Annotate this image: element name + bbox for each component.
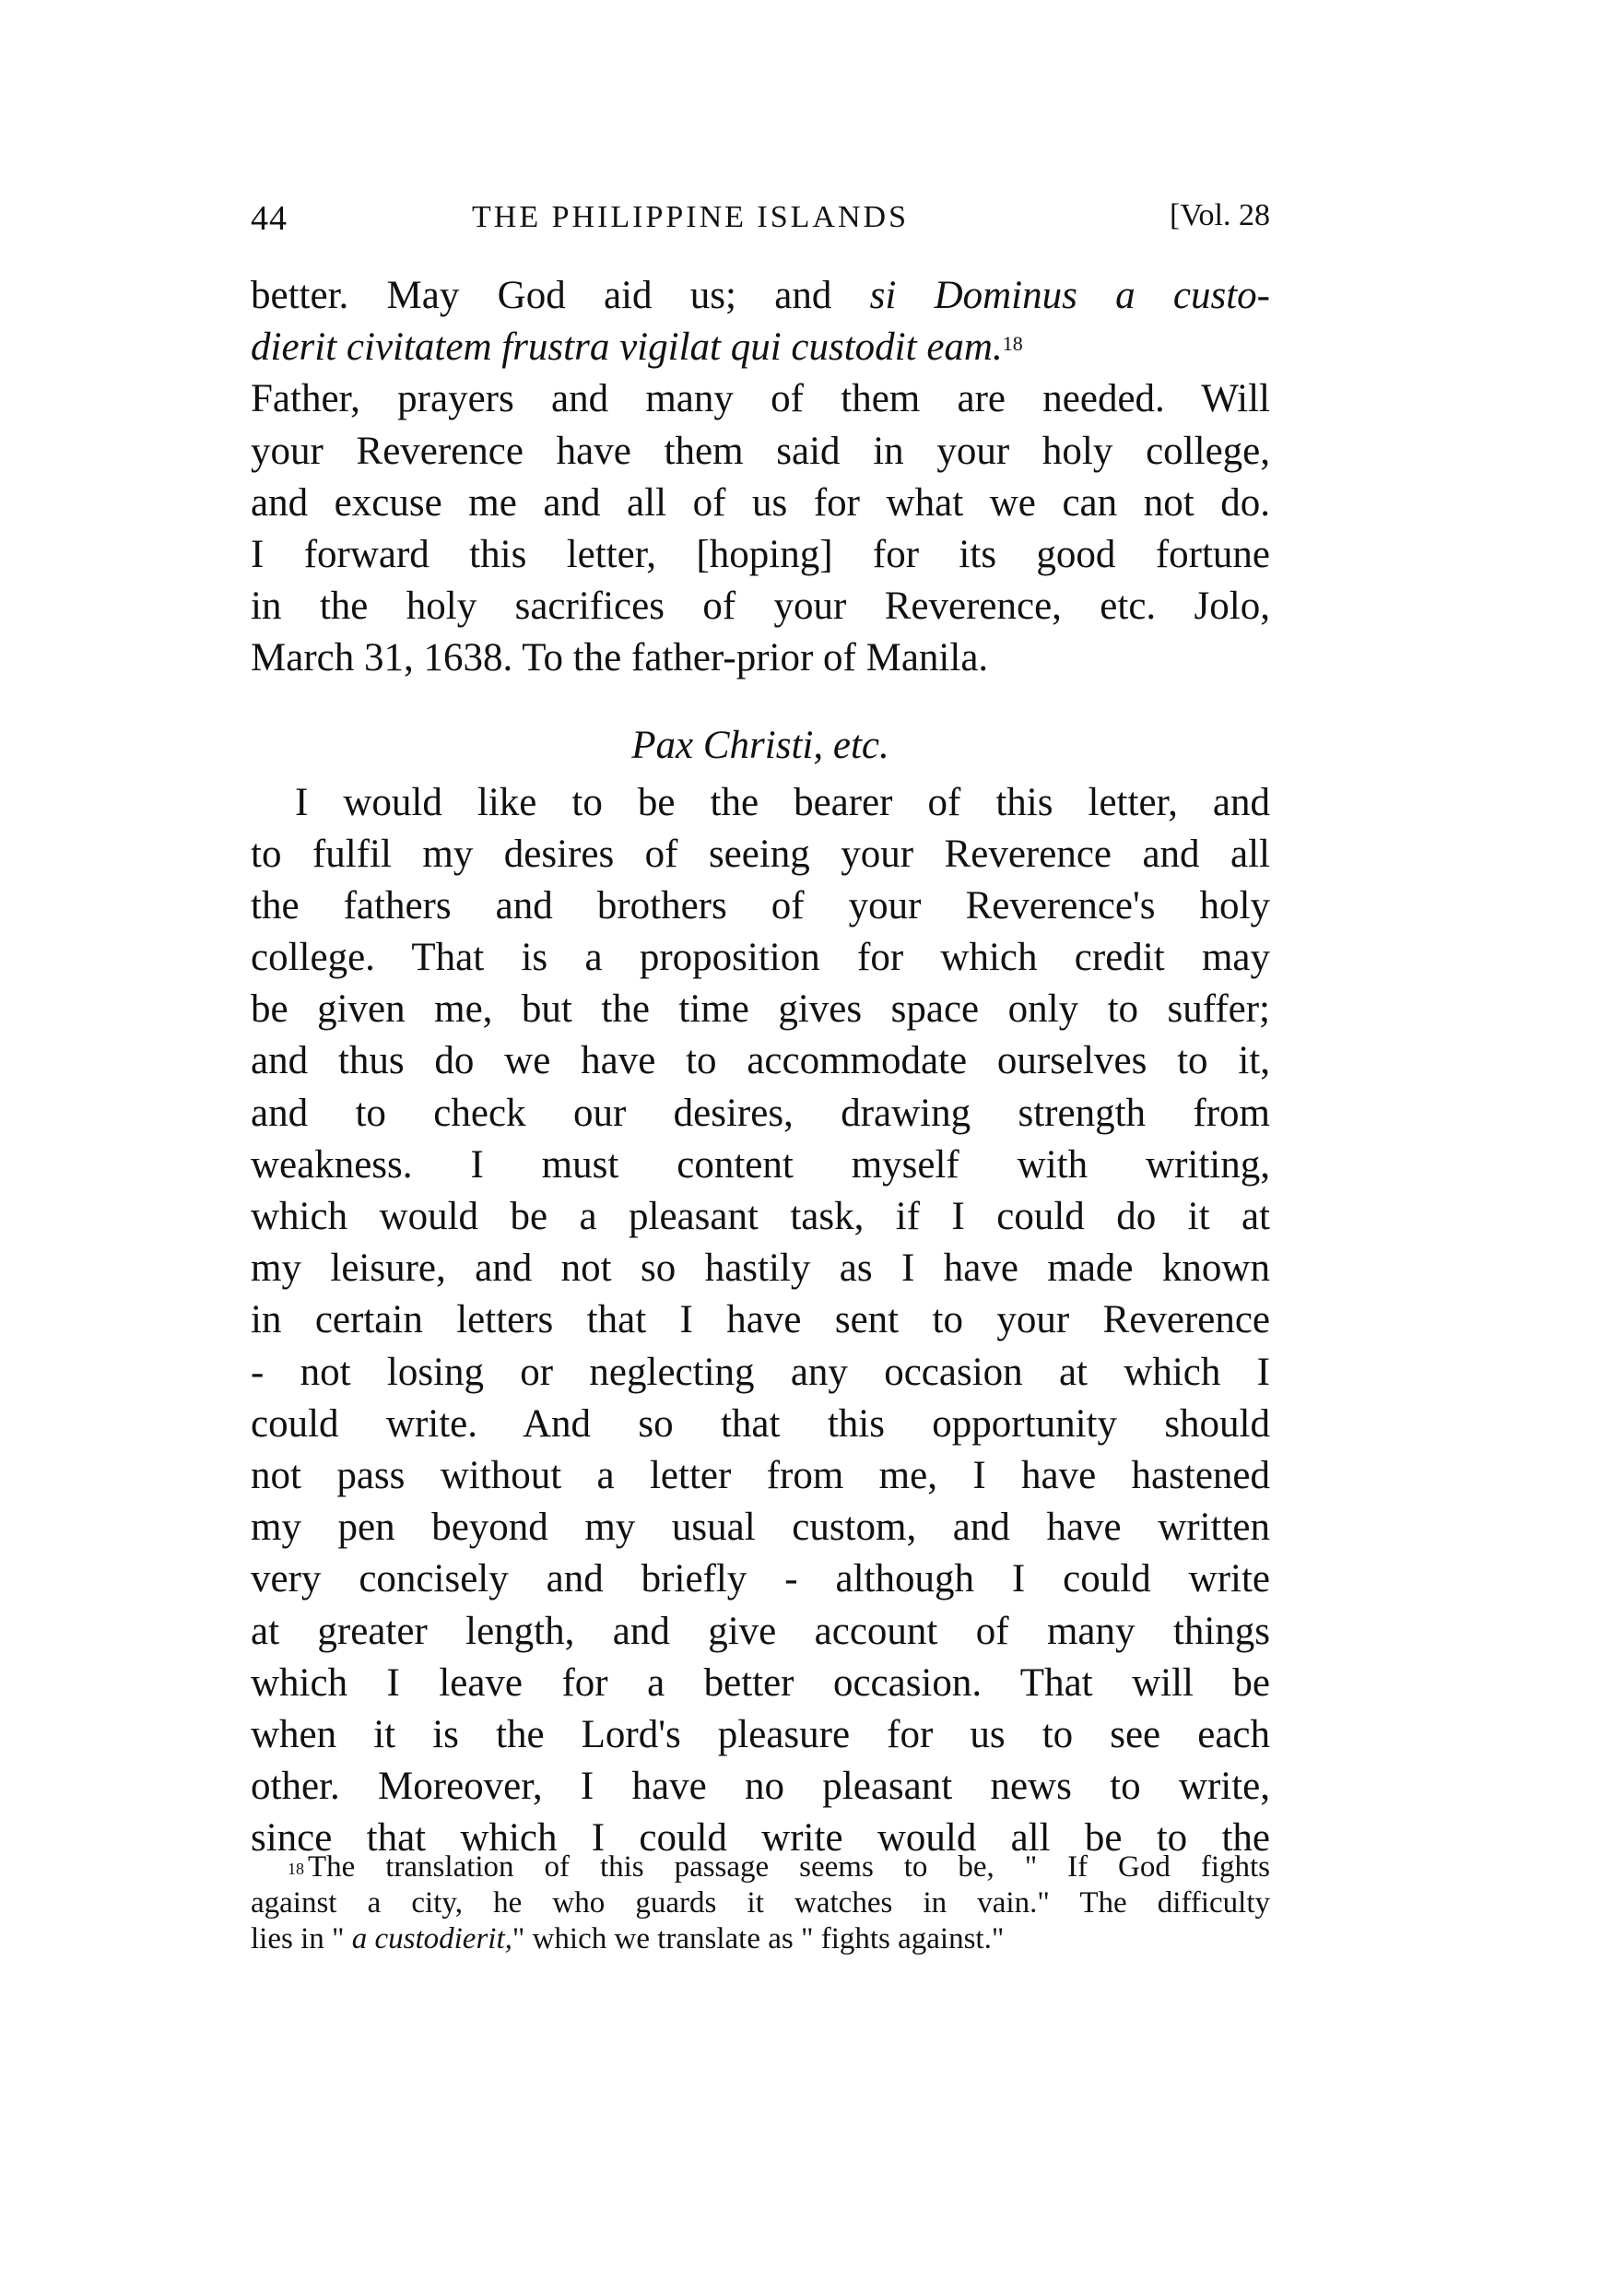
footnote-line: lies in " a custodierit," which we trans… (251, 1921, 1270, 1957)
text-line: not pass without a letter from me, I hav… (251, 1450, 1270, 1502)
book-page: 44 THE PHILIPPINE ISLANDS [Vol. 28 bette… (0, 0, 1624, 2280)
text-line: at greater length, and give account of m… (251, 1606, 1270, 1658)
text-line: college. That is a proposition for which… (251, 932, 1270, 984)
text-line: and to check our desires, drawing streng… (251, 1088, 1270, 1140)
text-line: which would be a pleasant task, if I cou… (251, 1191, 1270, 1243)
text-line: weakness. I must content myself with wri… (251, 1140, 1270, 1191)
text-line: Father, prayers and many of them are nee… (251, 373, 1270, 425)
text-line: I forward this letter, [hoping] for its … (251, 529, 1270, 581)
footnote-text: lies in " (251, 1922, 352, 1955)
text-line: to fulfil my desires of seeing your Reve… (251, 829, 1270, 880)
running-header: 44 THE PHILIPPINE ISLANDS [Vol. 28 (251, 198, 1270, 244)
text-line: my leisure, and not so hastily as I have… (251, 1243, 1270, 1294)
footnote-text: " which we translate as " fights against… (512, 1922, 1004, 1955)
text-line: - not losing or neglecting any occasion … (251, 1347, 1270, 1399)
text-line: and thus do we have to accommodate ourse… (251, 1035, 1270, 1087)
footnote-line: 18The translation of this passage seems … (251, 1849, 1270, 1885)
text-line: which I leave for a better occasion. Tha… (251, 1658, 1270, 1709)
text-line: your Reverence have them said in your ho… (251, 426, 1270, 478)
text-line: I would like to be the bearer of this le… (251, 777, 1270, 829)
text-line: could write. And so that this opportunit… (251, 1399, 1270, 1450)
text-line: the fathers and brothers of your Reveren… (251, 880, 1270, 932)
footnote-ref[interactable]: 18 (1003, 332, 1023, 355)
text-line: when it is the Lord's pleasure for us to… (251, 1709, 1270, 1761)
footnote-text: The translation of this passage seems to… (308, 1850, 1270, 1884)
text-line: be given me, but the time gives space on… (251, 984, 1270, 1035)
latin-quote: si Dominus a custo- (870, 274, 1270, 317)
paragraph-letter-body: I would like to be the bearer of this le… (251, 777, 1270, 1865)
salutation: Pax Christi, etc. (251, 711, 1270, 777)
text-line: other. Moreover, I have no pleasant news… (251, 1761, 1270, 1813)
text-line: in the holy sacrifices of your Reverence… (251, 581, 1270, 632)
latin-quote: dierit civitatem frustra vigilat qui cus… (251, 325, 1003, 369)
running-title: THE PHILIPPINE ISLANDS (472, 200, 909, 235)
footnote-line: against a city, he who guards it watches… (251, 1885, 1270, 1921)
text-line: in certain letters that I have sent to y… (251, 1294, 1270, 1346)
text-line: my pen beyond my usual custom, and have … (251, 1502, 1270, 1553)
page-number: 44 (251, 198, 288, 239)
text-line: and excuse me and all of us for what we … (251, 478, 1270, 529)
latin-term: a custodierit, (352, 1922, 512, 1955)
text-line: dierit civitatem frustra vigilat qui cus… (251, 322, 1270, 373)
text-line: very concisely and briefly - although I … (251, 1553, 1270, 1605)
footnotes: 18The translation of this passage seems … (251, 1849, 1270, 1957)
text-line: March 31, 1638. To the father-prior of M… (251, 632, 1270, 684)
footnote-number: 18 (288, 1860, 304, 1878)
volume-label: [Vol. 28 (1170, 198, 1270, 233)
paragraph-closing-letter: better. May God aid us; and si Dominus a… (251, 270, 1270, 685)
body-text: better. May God aid us; and si Dominus a… (251, 270, 1270, 1864)
text-span: better. May God aid us; and (251, 274, 870, 317)
text-line: better. May God aid us; and si Dominus a… (251, 270, 1270, 322)
